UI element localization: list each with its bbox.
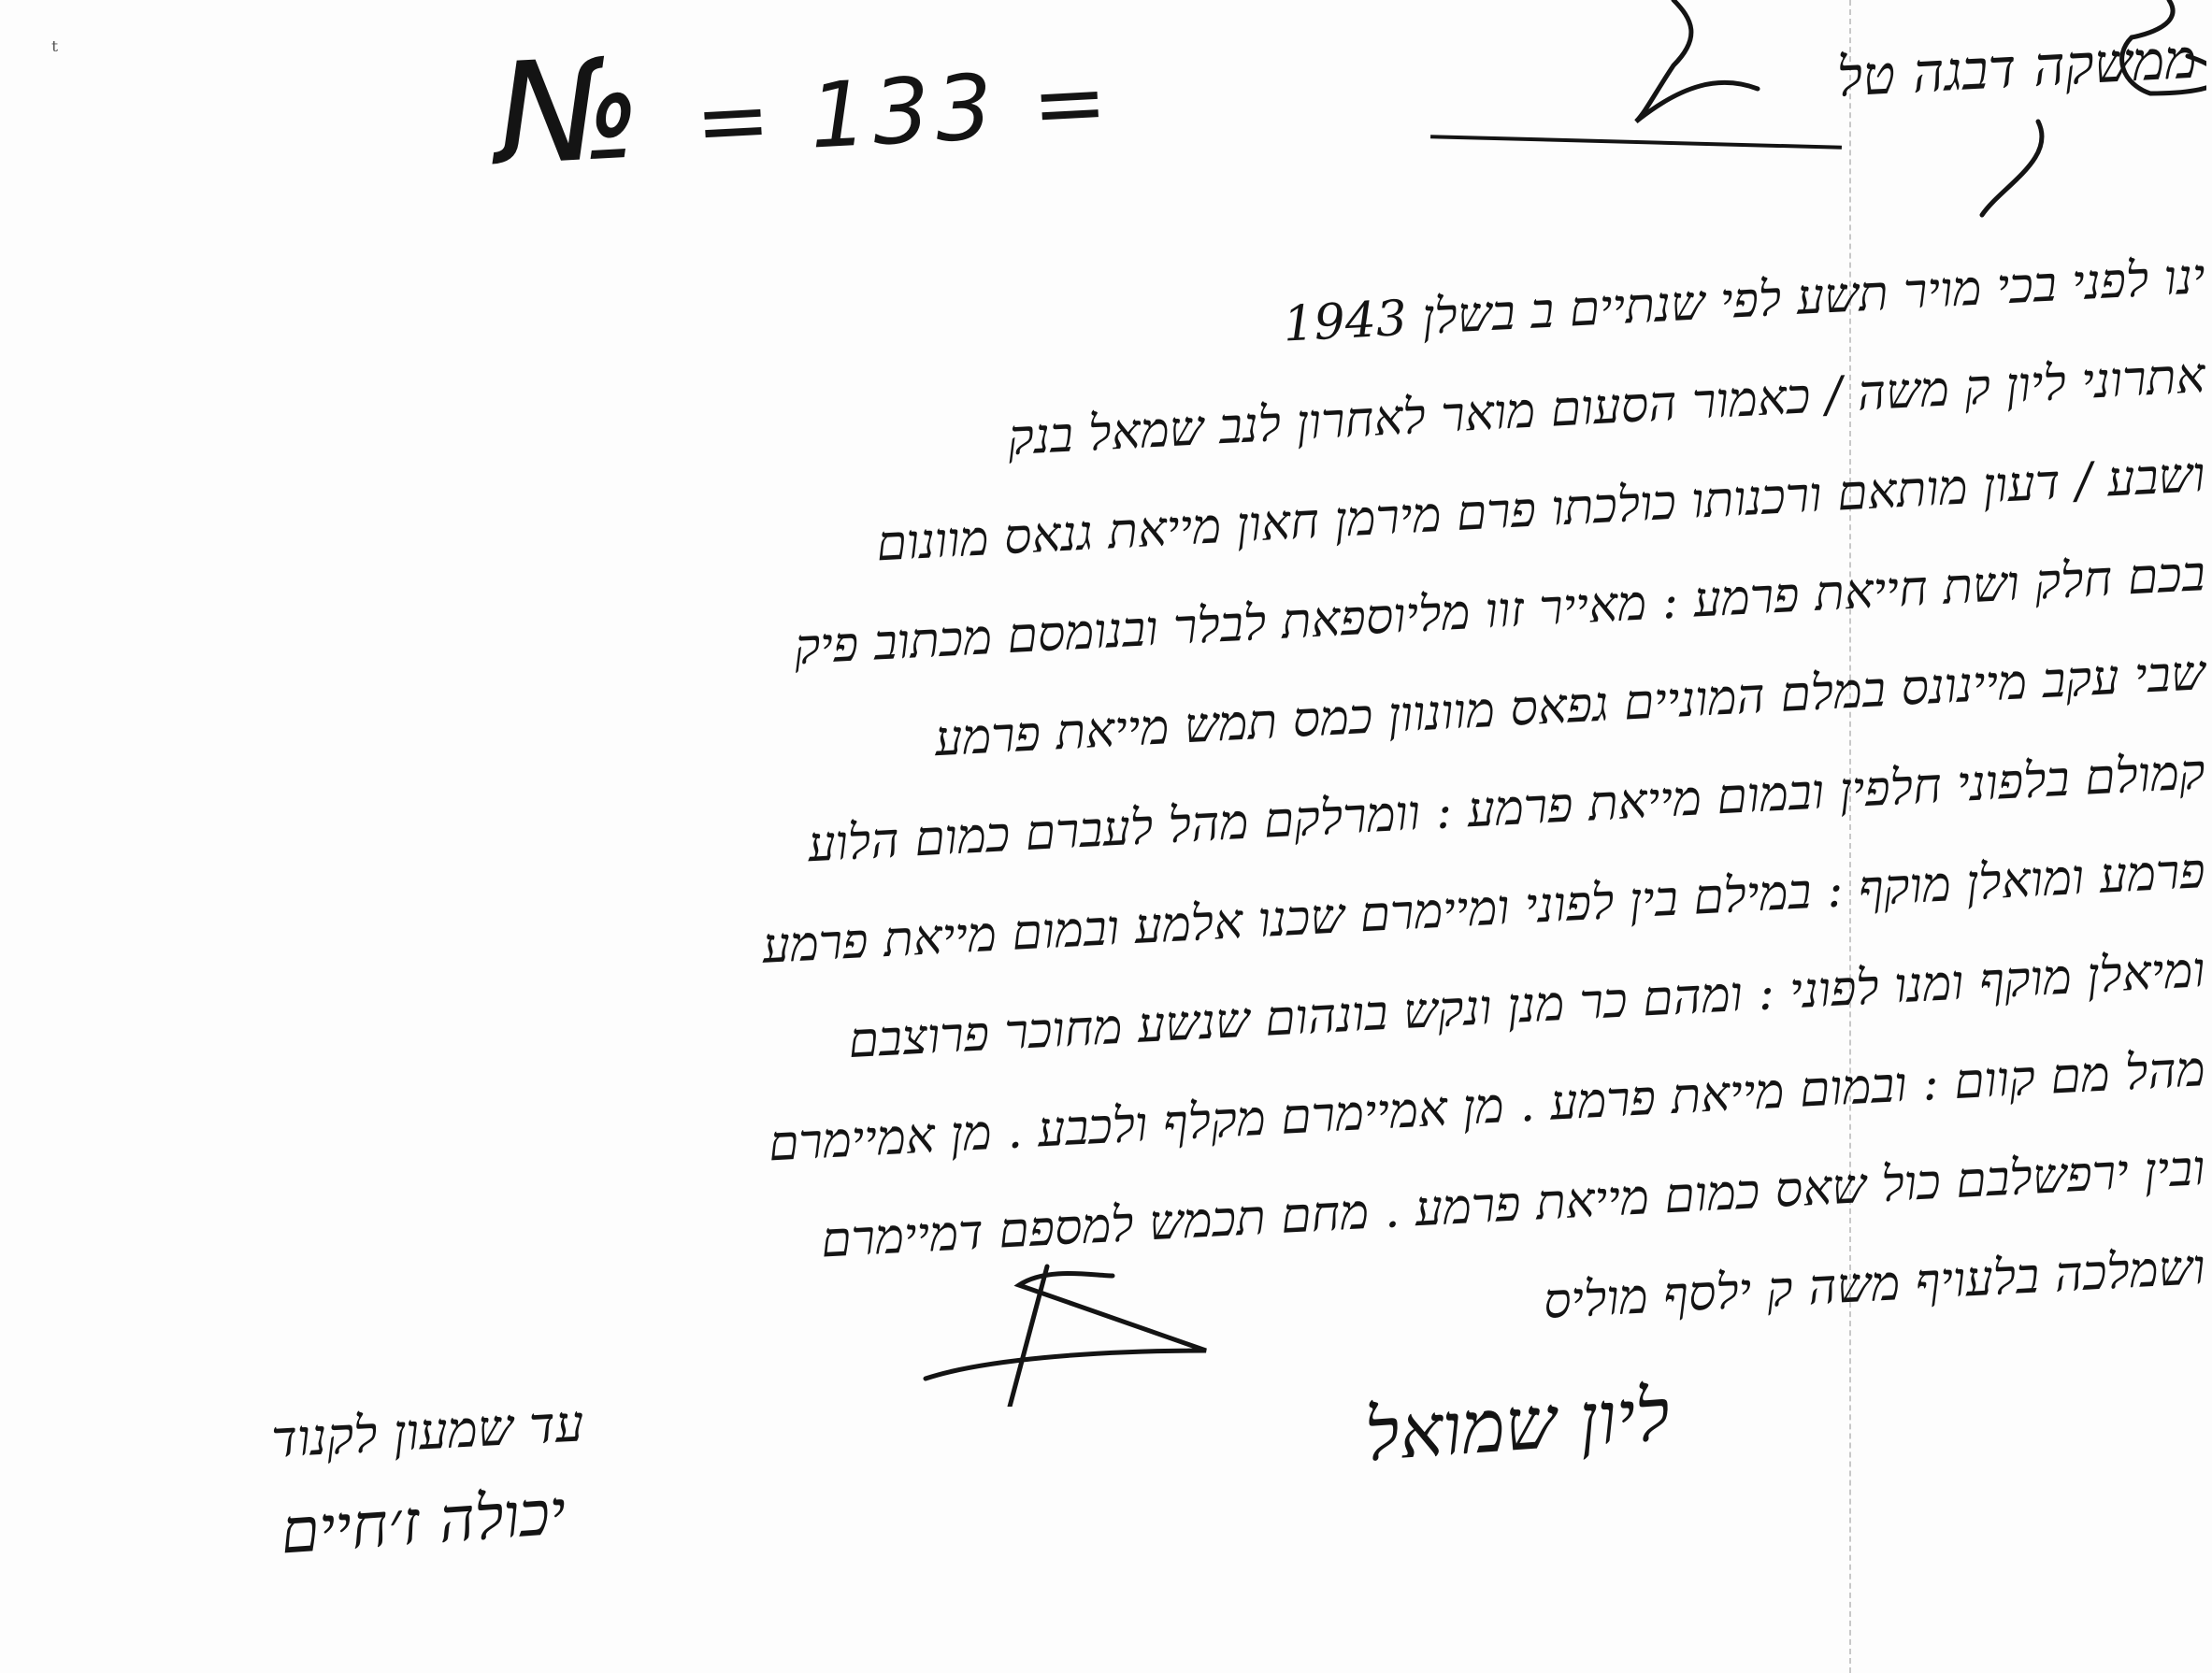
number-sign: № <box>492 27 652 197</box>
scanned-letter-page: ᵗ № = 133 = ממשקה דבגה טל ינו לפני בכי מ… <box>0 0 2212 1673</box>
seal-flourish-icon <box>907 1248 1225 1407</box>
number-value: = 133 = <box>693 49 1115 175</box>
witness-signature: יכולה ז׳חיים <box>279 1476 568 1568</box>
letter-body: ינו לפני בכי מויר תשע לפי שנתיים ב בשלן … <box>37 252 2206 1342</box>
corner-mark: ᵗ <box>51 36 58 66</box>
document-number: № = 133 = <box>492 3 1116 197</box>
main-signature: ליון שמואל <box>1362 1373 1673 1479</box>
